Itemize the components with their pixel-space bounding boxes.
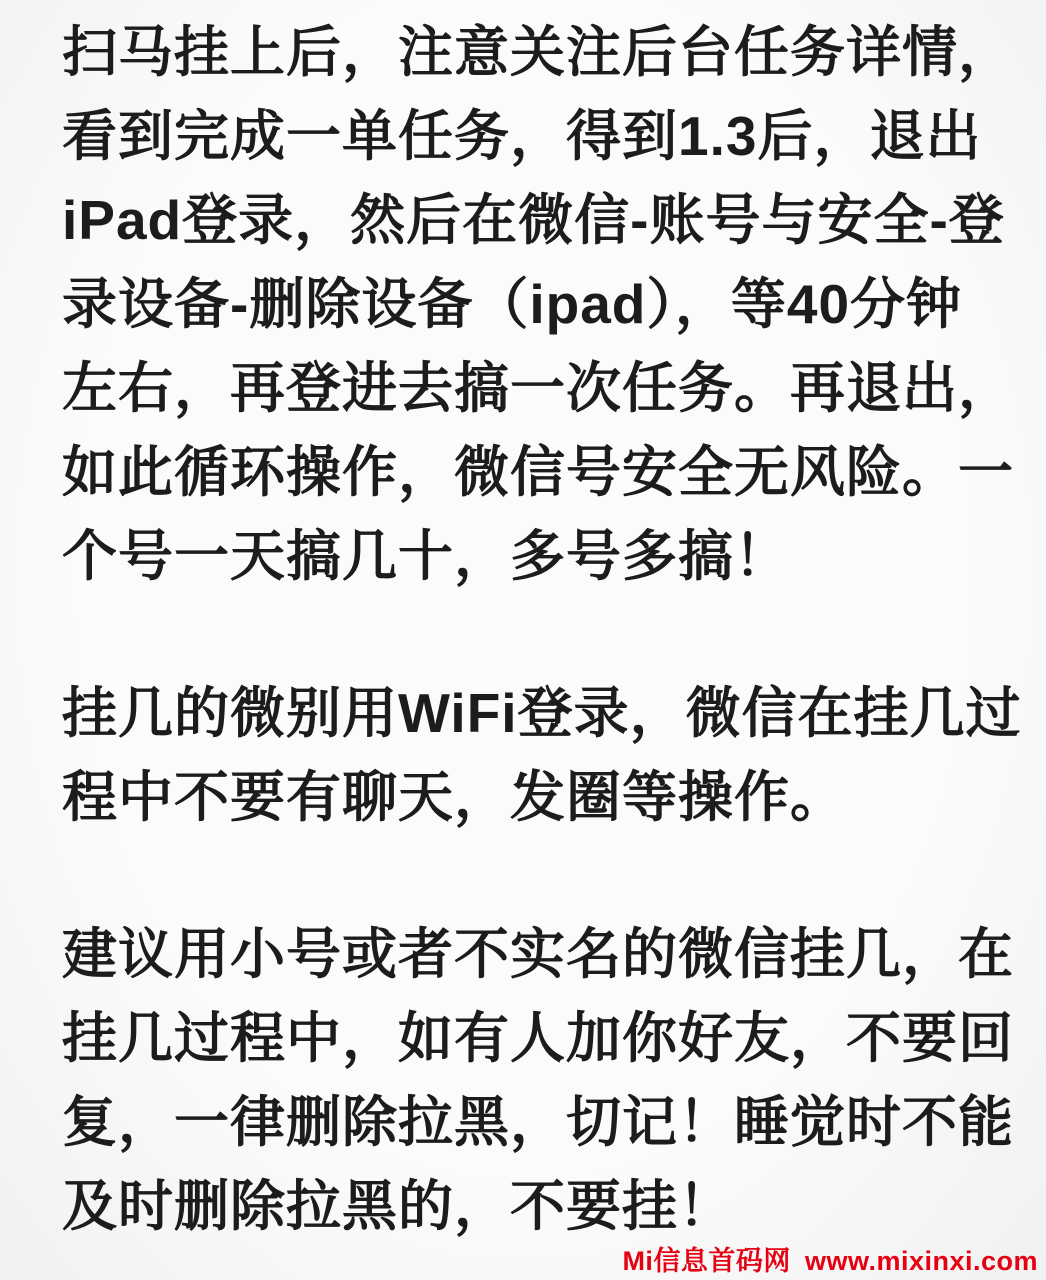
text-line: 左右，再登进去搞一次任务。再退出， <box>62 357 1014 419</box>
text-line: 建议用小号或者不实名的微信挂几，在 <box>62 923 1014 985</box>
text-line: 复，一律删除拉黑，切记！睡觉时不能 <box>62 1091 1014 1153</box>
paragraph-wifi-warning: 挂几的微别用WiFi登录，微信在挂几过 程中不要有聊天，发圈等操作。 <box>62 671 1006 839</box>
text-note-image: 扫马挂上后，注意关注后台任务详情， 看到完成一单任务，得到1.3后，退出 iPa… <box>0 0 1046 1280</box>
text-line: 个号一天搞几十，多号多搞！ <box>62 525 790 587</box>
paragraph-account-advice: 建议用小号或者不实名的微信挂几，在 挂几过程中，如有人加你好友，不要回 复，一律… <box>62 912 1006 1248</box>
text-line: 如此循环操作，微信号安全无风险。一 <box>62 441 1014 503</box>
watermark-url: www.mixinxi.com <box>805 1246 1038 1276</box>
text-line: 程中不要有聊天，发圈等操作。 <box>62 766 846 828</box>
watermark-site-name: Mi信息首码网 <box>622 1246 791 1276</box>
text-line: iPad登录，然后在微信-账号与安全-登 <box>62 189 1005 251</box>
note-text-block: 扫马挂上后，注意关注后台任务详情， 看到完成一单任务，得到1.3后，退出 iPa… <box>62 10 1006 1248</box>
text-line: 及时删除拉黑的，不要挂！ <box>62 1175 734 1237</box>
text-line: 挂几的微别用WiFi登录，微信在挂几过 <box>62 682 1022 744</box>
text-line: 看到完成一单任务，得到1.3后，退出 <box>62 105 981 167</box>
text-line: 扫马挂上后，注意关注后台任务详情， <box>62 21 1014 83</box>
text-line: 挂几过程中，如有人加你好友，不要回 <box>62 1007 1014 1069</box>
text-line: 录设备-删除设备（ipad），等40分钟 <box>62 273 962 335</box>
paragraph-task-loop-instructions: 扫马挂上后，注意关注后台任务详情， 看到完成一单任务，得到1.3后，退出 iPa… <box>62 10 1006 598</box>
site-watermark: Mi信息首码网www.mixinxi.com <box>622 1239 1038 1278</box>
